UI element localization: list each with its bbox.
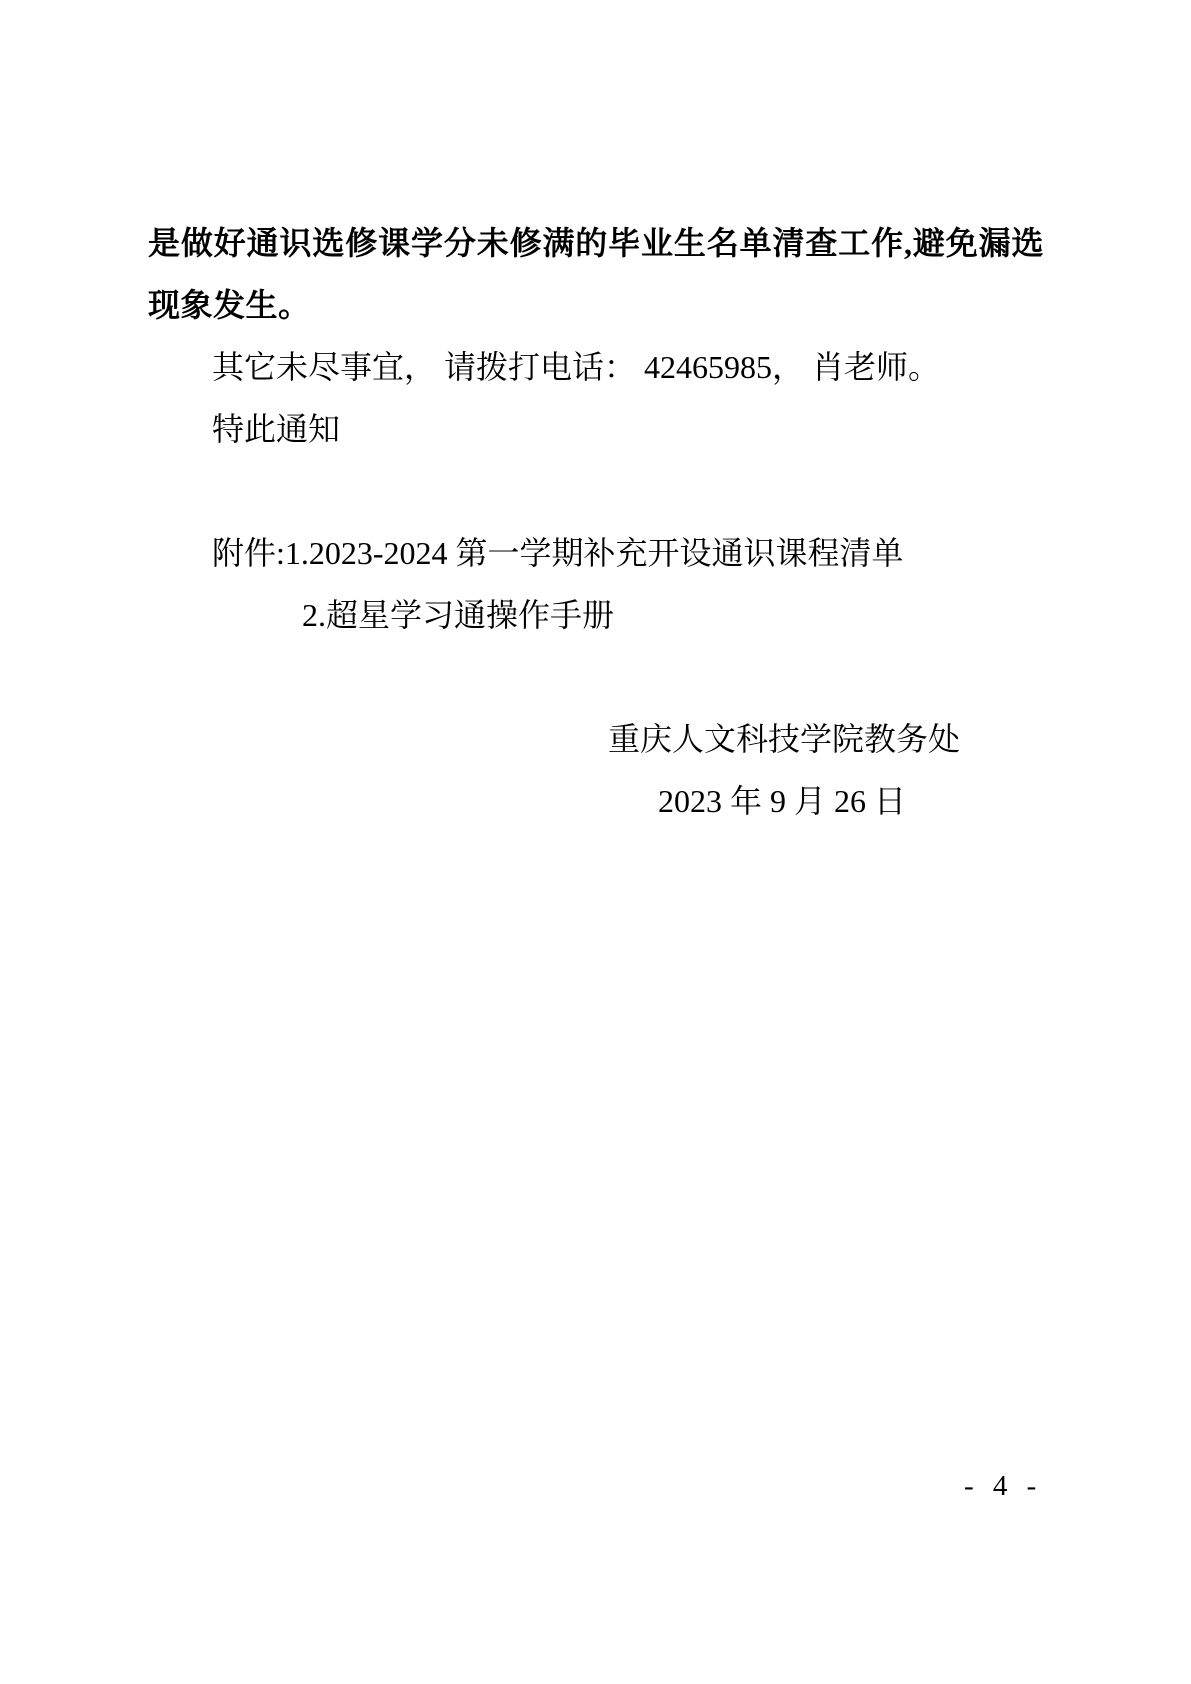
signature-organization: 重庆人文科技学院教务处 — [148, 708, 1044, 770]
document-page: 是做好通识选修课学分未修满的毕业生名单清查工作,避免漏选 现象发生。 其它未尽事… — [0, 0, 1191, 1684]
signature-date: 2023 年 9 月 26 日 — [148, 770, 1044, 832]
blank-line — [148, 646, 1044, 708]
attachment-line-1: 附件:1.2023-2024 第一学期补充开设通识课程清单 — [148, 522, 1044, 584]
document-content: 是做好通识选修课学分未修满的毕业生名单清查工作,避免漏选 现象发生。 其它未尽事… — [148, 212, 1044, 832]
blank-line — [148, 460, 1044, 522]
bold-paragraph-line-2: 现象发生。 — [148, 274, 1044, 336]
page-number: - 4 - — [964, 1470, 1042, 1502]
attachment-line-2: 2.超星学习通操作手册 — [148, 584, 1044, 646]
closing-notice-line: 特此通知 — [148, 398, 1044, 460]
bold-paragraph-line-1: 是做好通识选修课学分未修满的毕业生名单清查工作,避免漏选 — [148, 212, 1044, 274]
contact-line: 其它未尽事宜， 请拨打电话： 42465985， 肖老师。 — [148, 336, 1044, 398]
